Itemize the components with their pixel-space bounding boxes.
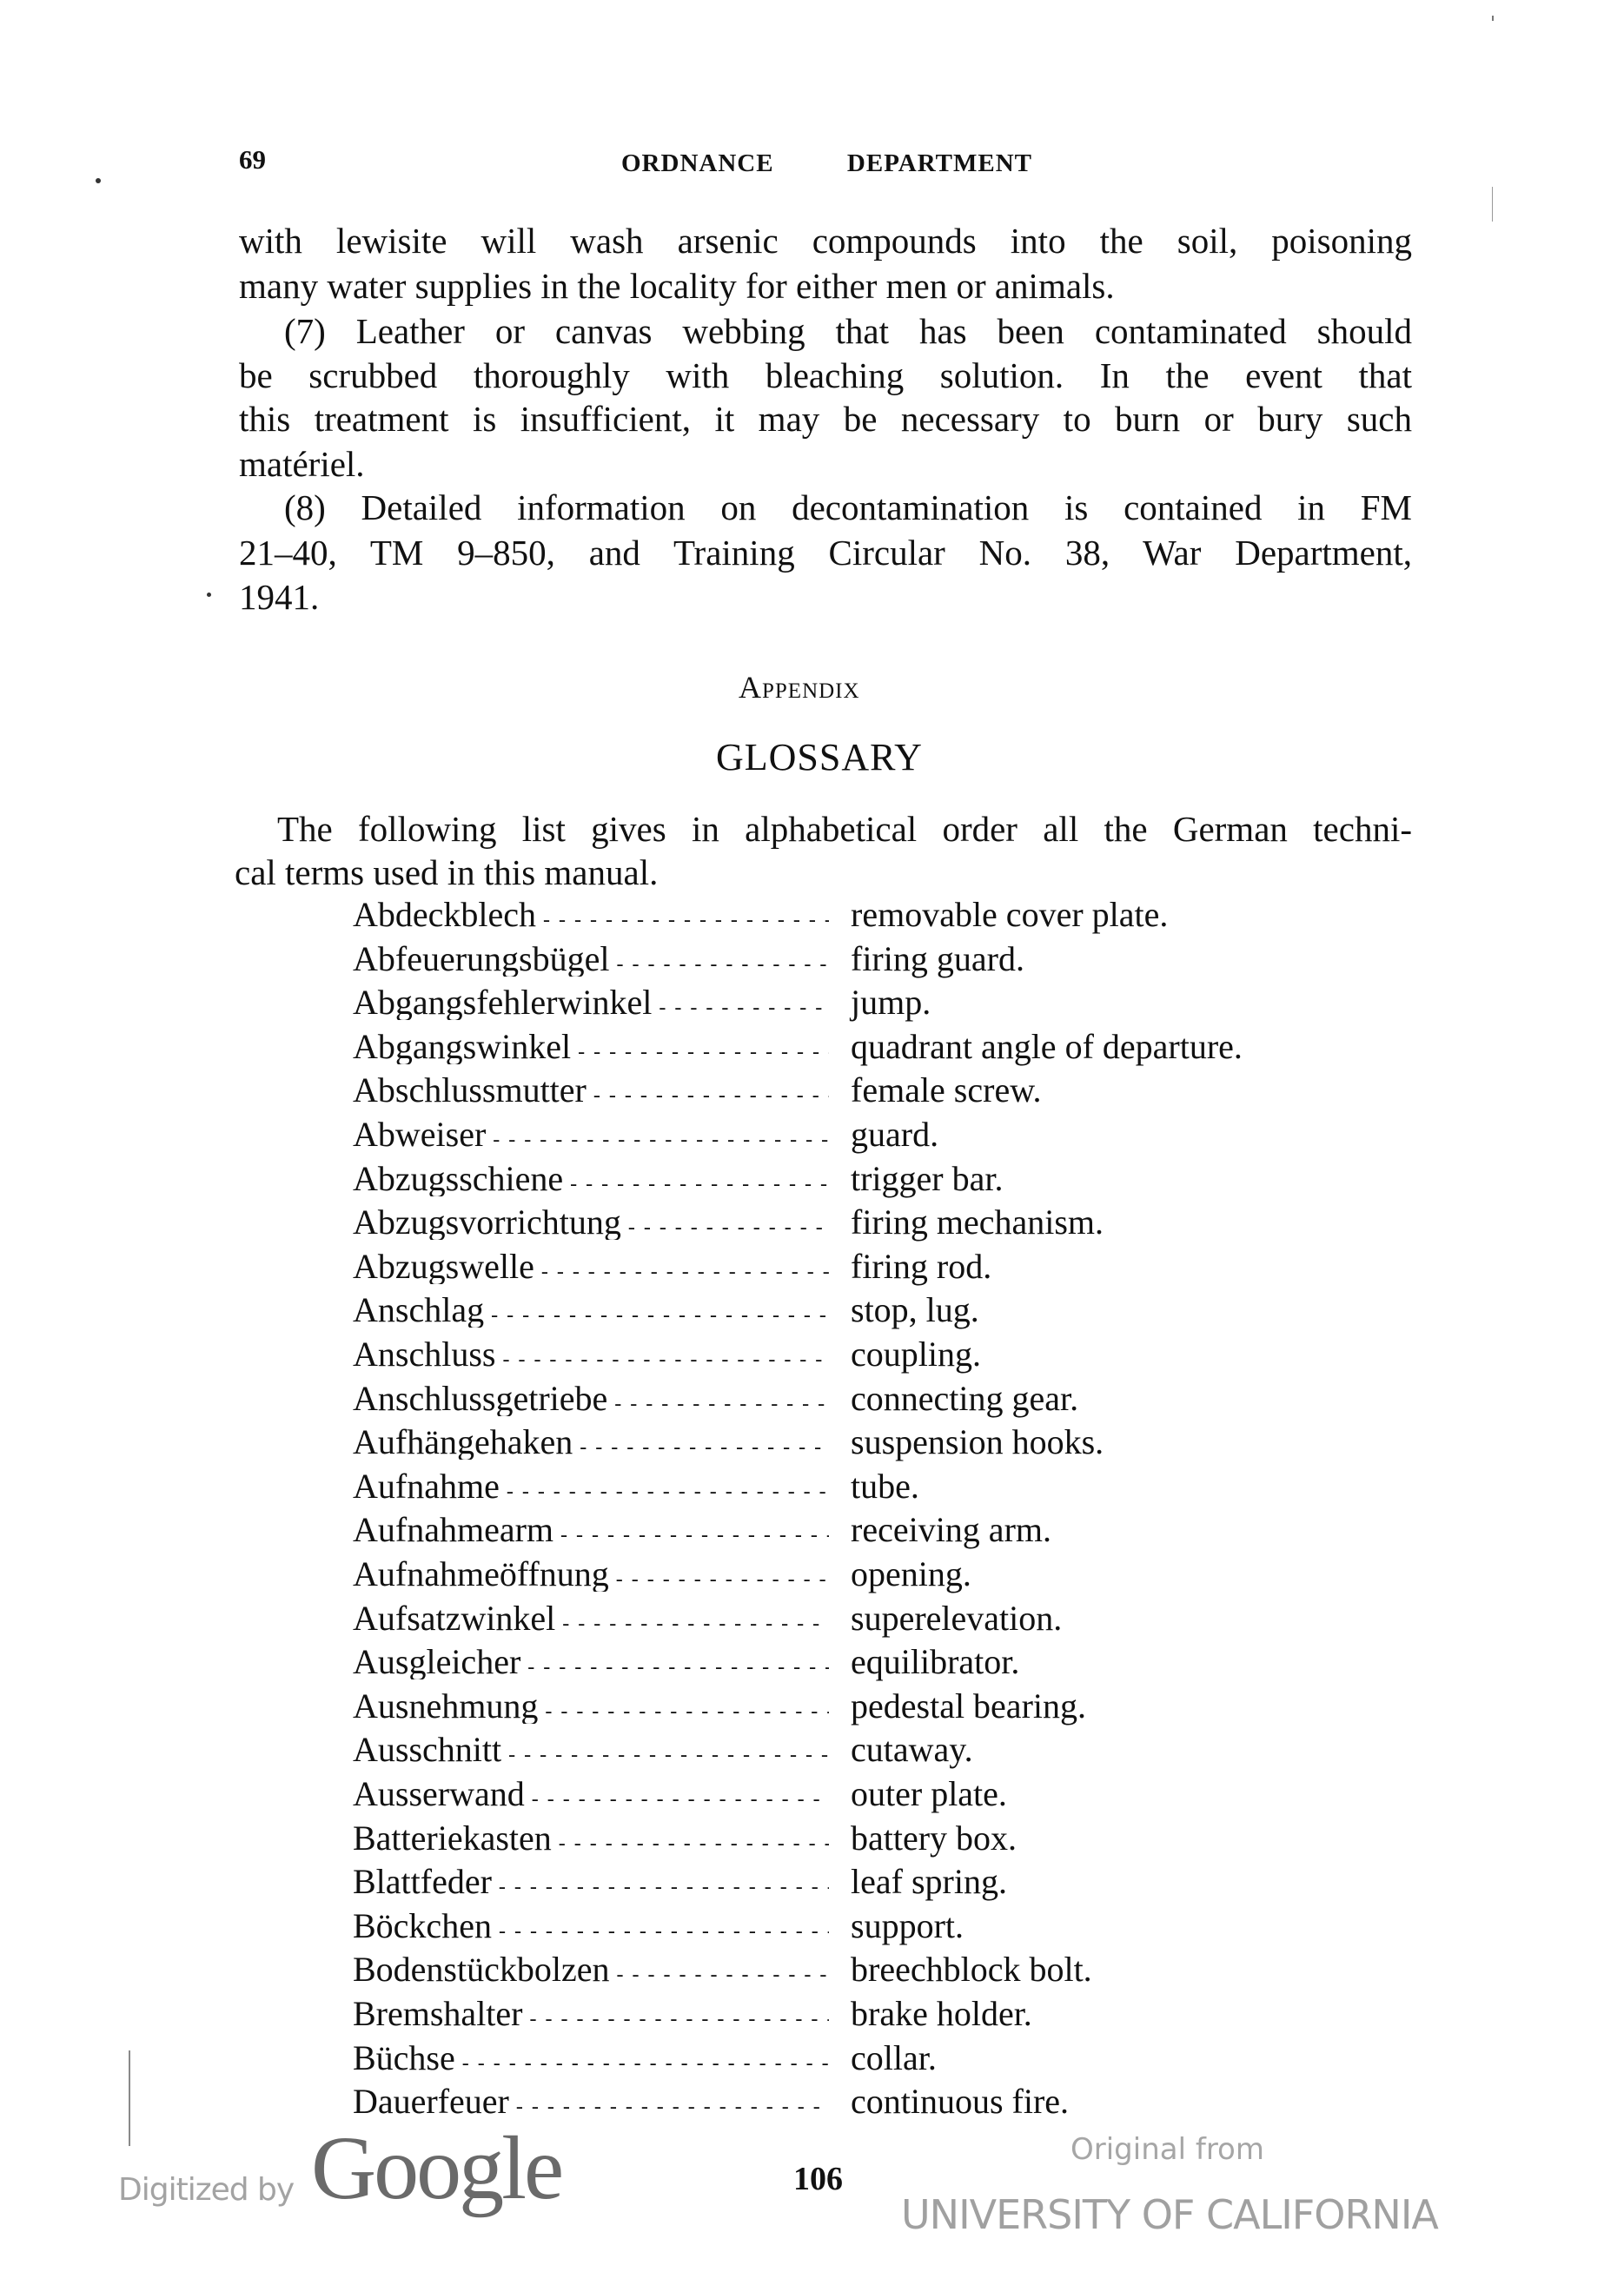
- glossary-entry: Anschlusscoupling.: [353, 1337, 1395, 1381]
- glossary-term: Aufhängehaken: [353, 1425, 829, 1460]
- glossary-term: Blattfeder: [353, 1865, 829, 1899]
- scan-speck: [207, 593, 211, 597]
- glossary-definition: receiving arm.: [851, 1513, 1051, 1547]
- body-line: 21–40, TM 9–850, and Training Circular N…: [239, 535, 1412, 571]
- glossary-term: Ausnehmung: [353, 1689, 829, 1724]
- glossary-term: Aufsatzwinkel: [353, 1601, 829, 1636]
- glossary-term: Aufnahme: [353, 1469, 829, 1504]
- glossary-term: Aufnahmearm: [353, 1513, 829, 1547]
- glossary-entry: Aufnahmeöffnungopening.: [353, 1557, 1395, 1600]
- glossary-definition: firing mechanism.: [851, 1205, 1104, 1240]
- glossary-definition: breechblock bolt.: [851, 1952, 1092, 1987]
- glossary-entry: Ausnehmungpedestal bearing.: [353, 1689, 1395, 1732]
- glossary-entry: Abgangswinkelquadrant angle of departure…: [353, 1030, 1395, 1073]
- glossary-definition: superelevation.: [851, 1601, 1062, 1636]
- glossary-definition: removable cover plate.: [851, 898, 1168, 932]
- glossary-entry: Büchsecollar.: [353, 2041, 1395, 2084]
- glossary-definition: suspension hooks.: [851, 1425, 1104, 1460]
- glossary-term: Abweiser: [353, 1117, 829, 1152]
- glossary-term: Abzugsvorrichtung: [353, 1205, 829, 1240]
- glossary-term: Batteriekasten: [353, 1821, 829, 1856]
- glossary-entry: Batteriekastenbattery box.: [353, 1821, 1395, 1865]
- body-line: matériel.: [239, 447, 1412, 482]
- glossary-definition: continuous fire.: [851, 2084, 1069, 2119]
- glossary-term: Bremshalter: [353, 1997, 829, 2031]
- glossary-entry: Anschlussgetriebeconnecting gear.: [353, 1381, 1395, 1425]
- glossary-definition: equilibrator.: [851, 1645, 1019, 1679]
- google-logo: Google: [311, 2116, 561, 2220]
- glossary-term: Abzugsschiene: [353, 1162, 829, 1196]
- body-line: be scrubbed thoroughly with bleaching so…: [239, 358, 1412, 394]
- glossary-entry: Ausschnittcutaway.: [353, 1732, 1395, 1776]
- glossary-term: Ausserwand: [353, 1777, 829, 1812]
- glossary-term: Anschlag: [353, 1293, 829, 1328]
- glossary-entry: Anschlagstop, lug.: [353, 1293, 1395, 1336]
- glossary-term: Dauerfeuer: [353, 2084, 829, 2119]
- university-label: UNIVERSITY OF CALIFORNIA: [901, 2191, 1438, 2238]
- glossary-definition: connecting gear.: [851, 1381, 1078, 1416]
- original-from-label: Original from: [1071, 2132, 1264, 2167]
- glossary-entry: Abweiserguard.: [353, 1117, 1395, 1161]
- glossary-definition: support.: [851, 1909, 964, 1944]
- glossary-definition: coupling.: [851, 1337, 981, 1372]
- glossary-definition: trigger bar.: [851, 1162, 1004, 1196]
- glossary-definition: battery box.: [851, 1821, 1017, 1856]
- glossary-term: Abdeckblech: [353, 898, 829, 932]
- glossary-term: Abschlussmutter: [353, 1073, 829, 1108]
- glossary-entry: Abfeuerungsbügelfiring guard.: [353, 942, 1395, 985]
- glossary-term: Anschlussgetriebe: [353, 1381, 829, 1416]
- body-line: this treatment is insufficient, it may b…: [239, 401, 1412, 437]
- glossary-definition: female screw.: [851, 1073, 1042, 1108]
- scan-speck: [96, 178, 101, 183]
- body-line: 1941.: [239, 580, 1412, 615]
- appendix-heading: Appendix: [739, 669, 860, 705]
- scan-edge-mark: [1492, 187, 1493, 222]
- glossary-term: Abgangswinkel: [353, 1030, 829, 1064]
- glossary-entry: Aufnahmetube.: [353, 1469, 1395, 1513]
- body-line: (8) Detailed information on decontaminat…: [284, 490, 1412, 526]
- glossary-entry: Aufhängehakensuspension hooks.: [353, 1425, 1395, 1468]
- document-page: 69 ORDNANCE DEPARTMENT with lewisite wil…: [0, 0, 1624, 2272]
- glossary-term: Aufnahmeöffnung: [353, 1557, 829, 1592]
- body-line: with lewisite will wash arsenic compound…: [239, 223, 1412, 259]
- glossary-entry: Abschlussmutterfemale screw.: [353, 1073, 1395, 1116]
- glossary-entry: Ausserwandouter plate.: [353, 1777, 1395, 1820]
- glossary-term: Abzugswelle: [353, 1249, 829, 1284]
- glossary-definition: quadrant angle of departure.: [851, 1030, 1243, 1064]
- intro-line: The following list gives in alphabetical…: [277, 811, 1412, 847]
- glossary-definition: opening.: [851, 1557, 971, 1592]
- glossary-entry: Ausgleicherequilibrator.: [353, 1645, 1395, 1688]
- scan-edge-mark: [129, 2050, 130, 2146]
- glossary-term: Ausschnitt: [353, 1732, 829, 1767]
- glossary-entry: Aufnahmearmreceiving arm.: [353, 1513, 1395, 1556]
- glossary-term: Bodenstückbolzen: [353, 1952, 829, 1987]
- glossary-term: Abfeuerungsbügel: [353, 942, 829, 977]
- digitized-by-label: Digitized by: [118, 2172, 294, 2208]
- glossary-term: Böckchen: [353, 1909, 829, 1944]
- page-folio: 106: [793, 2160, 843, 2198]
- glossary-definition: guard.: [851, 1117, 938, 1152]
- glossary-definition: firing rod.: [851, 1249, 991, 1284]
- glossary-entry: Abzugsschienetrigger bar.: [353, 1162, 1395, 1205]
- body-line: (7) Leather or canvas webbing that has b…: [284, 314, 1412, 349]
- glossary-definition: collar.: [851, 2041, 937, 2076]
- glossary-definition: outer plate.: [851, 1777, 1007, 1812]
- glossary-entry: Aufsatzwinkelsuperelevation.: [353, 1601, 1395, 1645]
- glossary-definition: jump.: [851, 985, 931, 1020]
- body-line: many water supplies in the locality for …: [239, 268, 1412, 304]
- glossary-entry: Abzugsvorrichtungfiring mechanism.: [353, 1205, 1395, 1249]
- glossary-definition: firing guard.: [851, 942, 1024, 977]
- running-title: ORDNANCE DEPARTMENT: [621, 149, 1032, 178]
- page-number-top: 69: [239, 144, 266, 176]
- glossary-entry: Abdeckblechremovable cover plate.: [353, 898, 1395, 941]
- glossary-term: Ausgleicher: [353, 1645, 829, 1679]
- glossary-definition: stop, lug.: [851, 1293, 979, 1328]
- glossary-entry: Abzugswellefiring rod.: [353, 1249, 1395, 1293]
- glossary-definition: tube.: [851, 1469, 919, 1504]
- glossary-entry: Bremshalterbrake holder.: [353, 1997, 1395, 2040]
- glossary-term: Abgangsfehlerwinkel: [353, 985, 829, 1020]
- glossary-entry: Bodenstückbolzenbreechblock bolt.: [353, 1952, 1395, 1996]
- glossary-title: GLOSSARY: [716, 735, 923, 779]
- glossary-definition: brake holder.: [851, 1997, 1032, 2031]
- glossary-entry: Blattfederleaf spring.: [353, 1865, 1395, 1908]
- intro-line: cal terms used in this manual.: [235, 855, 1408, 891]
- glossary-definition: pedestal bearing.: [851, 1689, 1086, 1724]
- glossary-term: Büchse: [353, 2041, 829, 2076]
- glossary-entry: Abgangsfehlerwinkeljump.: [353, 985, 1395, 1029]
- scan-edge-mark: [1492, 16, 1494, 21]
- glossary-term: Anschluss: [353, 1337, 829, 1372]
- glossary-definition: leaf spring.: [851, 1865, 1007, 1899]
- glossary-entry: Böckchensupport.: [353, 1909, 1395, 1952]
- glossary-definition: cutaway.: [851, 1732, 973, 1767]
